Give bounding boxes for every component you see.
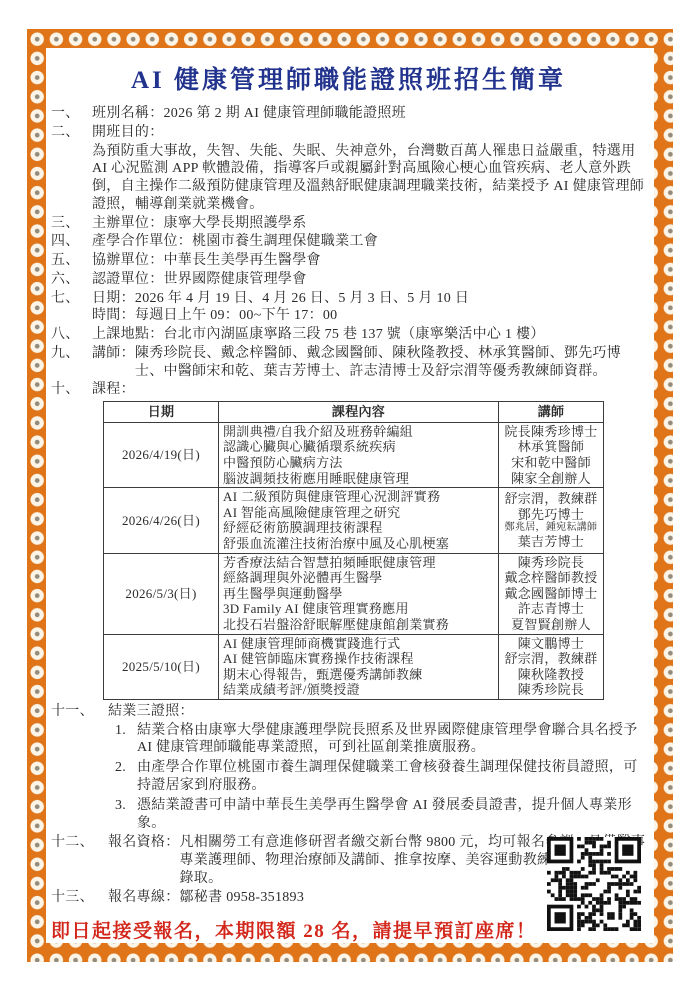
- item-text: 班別名稱：2026 第 2 期 AI 健康管理師職能證照班: [92, 105, 646, 123]
- date-cell: 2026/5/3(日): [104, 553, 219, 634]
- certificate-sub-item-1: 1. 結業合格由康寧大學健康護理學院長照系及世界國際健康管理學會聯合具名授予 A…: [115, 722, 646, 758]
- table-header-row: 日期 課程內容 講師: [104, 402, 604, 423]
- item-number: 十、: [51, 381, 92, 399]
- course-line: 再生醫學與運動醫學: [223, 586, 494, 602]
- sub-item-text: 結業合格由康寧大學健康護理學院長照系及世界國際健康管理學會聯合具名授予 AI 健…: [137, 722, 646, 758]
- item-heading: 開班目的：: [92, 124, 646, 142]
- course-line: 紓經砭術筋膜調理技術課程: [223, 520, 494, 536]
- item-purpose-body: 為預防重大事故，失智、失能、失眠、失神意外，台灣數百萬人罹患日益嚴重，特選用 A…: [92, 143, 646, 214]
- course-line: 北投石岩盤浴舒眠解壓健康館創業實務: [223, 617, 494, 633]
- brochure-page: AI 健康管理師職能證照班招生簡章 一、 班別名稱：2026 第 2 期 AI …: [0, 0, 700, 989]
- date-cell: 2026/4/19(日): [104, 422, 219, 487]
- course-line: AI 健管師臨床實務操作技術課程: [223, 651, 494, 667]
- item-text: 認證單位：世界國際健康管理學會: [92, 271, 646, 289]
- table-row: 2026/5/3(日)芳香療法結合智慧拍頻睡眠健康管理經絡調理與外泌體再生醫學再…: [104, 553, 604, 634]
- teacher-line: 夏智賢創辦人: [503, 617, 599, 633]
- course-table-body: 2026/4/19(日)開訓典禮/自我介紹及班務幹編組認識心臟與心臟循環系統疾病…: [104, 422, 604, 699]
- lecturers-label: 講師：: [92, 345, 135, 381]
- date-line: 日期：2026 年 4 月 19 日、4 月 26 日、5 月 3 日、5 月 …: [92, 290, 646, 308]
- item-location: 八、 上課地點：台北市內湖區康寧路三段 75 巷 137 號（康寧樂活中心 1 …: [51, 326, 646, 344]
- item-number: 三、: [51, 215, 92, 233]
- item-number: 四、: [51, 233, 92, 251]
- registration-qr-code: [547, 837, 641, 931]
- teacher-cell: 院長陳秀珍博士林承箕醫師宋和乾中醫師陳家全創辦人: [499, 422, 604, 487]
- course-line: 腦波調頻技術應用睡眠健康管理: [223, 471, 494, 487]
- item-co-organizer: 五、 協辦單位：中華長生美學再生醫學會: [51, 252, 646, 270]
- course-line: 結業成績考評/頒獎授證: [223, 682, 494, 698]
- certificate-sub-item-3: 3. 憑結業證書可申請中華長生美學再生醫學會 AI 發展委員證書，提升個人專業形…: [115, 797, 646, 833]
- course-line: 3D Family AI 健康管理實務應用: [223, 601, 494, 617]
- table-row: 2026/4/26(日)AI 二級預防與健康管理心況測評實務AI 智能高風險健康…: [104, 488, 604, 553]
- item-number: 一、: [51, 105, 92, 123]
- sub-item-number: 2.: [115, 759, 137, 795]
- teacher-line: 陳秀珍院長: [503, 682, 599, 698]
- course-line: 芳香療法結合智慧拍頻睡眠健康管理: [223, 555, 494, 571]
- teacher-line: 陳秋隆教授: [503, 667, 599, 683]
- item-number: 十二、: [51, 834, 108, 887]
- teacher-line: 院長陳秀珍博士: [503, 424, 599, 440]
- course-line: 中醫預防心臟病方法: [223, 455, 494, 471]
- course-content-cell: 芳香療法結合智慧拍頻睡眠健康管理經絡調理與外泌體再生醫學再生醫學與運動醫學3D …: [219, 553, 499, 634]
- header-course-content: 課程內容: [219, 402, 499, 423]
- item-text: 上課地點：台北市內湖區康寧路三段 75 巷 137 號（康寧樂活中心 1 樓）: [92, 326, 646, 344]
- sub-item-number: 3.: [115, 797, 137, 833]
- eligibility-label: 報名資格：: [108, 834, 180, 887]
- course-line: AI 二級預防與健康管理心況測評實務: [223, 489, 494, 505]
- item-text: 產學合作單位：桃園市養生調理保健職業工會: [92, 233, 646, 251]
- course-content-cell: 開訓典禮/自我介紹及班務幹編組認識心臟與心臟循環系統疾病中醫預防心臟病方法腦波調…: [219, 422, 499, 487]
- teacher-line: 戴念梓醫師教授: [503, 570, 599, 586]
- sub-item-text: 由產學合作單位桃園市養生調理保健職業工會核發養生調理保健技術員證照，可持證居家到…: [137, 759, 646, 795]
- sub-item-text: 憑結業證書可申請中華長生美學再生醫學會 AI 發展委員證書，提升個人專業形象。: [137, 797, 646, 833]
- item-organizer: 三、 主辦單位：康寧大學長期照護學系: [51, 215, 646, 233]
- teacher-cell: 舒宗渭，教練群鄧先巧博士鄭兆居，鍾宛耘講師葉吉芳博士: [499, 488, 604, 553]
- time-line: 時間：每週日上午 09：00~下午 17：00: [92, 307, 646, 325]
- teacher-line: 許志青博士: [503, 601, 599, 617]
- teacher-line: 鄭兆居，鍾宛耘講師: [503, 522, 599, 534]
- lecturers-text: 陳秀珍院長、戴念梓醫師、戴念國醫師、陳秋隆教授、林承箕醫師、鄧先巧博士、中醫師宋…: [135, 345, 646, 381]
- item-curriculum: 十、 課程：: [51, 381, 646, 399]
- teacher-line: 宋和乾中醫師: [503, 455, 599, 471]
- course-line: 開訓典禮/自我介紹及班務幹編組: [223, 424, 494, 440]
- course-line: 認識心臟與心臟循環系統疾病: [223, 439, 494, 455]
- item-certificates-heading: 十一、 結業三證照：: [51, 703, 646, 721]
- teacher-line: 林承箕醫師: [503, 439, 599, 455]
- item-text: 協辦單位：中華長生美學再生醫學會: [92, 252, 646, 270]
- teacher-cell: 陳秀珍院長戴念梓醫師教授戴念國醫師博士許志青博士夏智賢創辦人: [499, 553, 604, 634]
- item-text: 主辦單位：康寧大學長期照護學系: [92, 215, 646, 233]
- flower-border: AI 健康管理師職能證照班招生簡章 一、 班別名稱：2026 第 2 期 AI …: [27, 29, 673, 962]
- course-line: AI 健康管理師商機實踐進行式: [223, 636, 494, 652]
- page-title: AI 健康管理師職能證照班招生簡章: [51, 60, 646, 96]
- course-line: 期末心得報告，甄選優秀講師教練: [223, 667, 494, 683]
- date-cell: 2026/4/26(日): [104, 488, 219, 553]
- teacher-line: 舒宗渭，教練群: [503, 491, 599, 507]
- teacher-line: 鄧先巧博士: [503, 507, 599, 523]
- qr-code-graphic: [547, 837, 641, 931]
- table-row: 2025/5/10(日)AI 健康管理師商機實踐進行式AI 健管師臨床實務操作技…: [104, 634, 604, 699]
- item-number: 六、: [51, 271, 92, 289]
- item-number: 十一、: [51, 703, 108, 721]
- course-line: AI 智能高風險健康管理之研究: [223, 505, 494, 521]
- course-content-cell: AI 健康管理師商機實踐進行式AI 健管師臨床實務操作技術課程期末心得報告，甄選…: [219, 634, 499, 699]
- header-teacher: 講師: [499, 402, 604, 423]
- table-row: 2026/4/19(日)開訓典禮/自我介紹及班務幹編組認識心臟與心臟循環系統疾病…: [104, 422, 604, 487]
- item-dates: 七、 日期：2026 年 4 月 19 日、4 月 26 日、5 月 3 日、5…: [51, 290, 646, 326]
- item-number: 五、: [51, 252, 92, 270]
- teacher-line: 陳文鵬博士: [503, 636, 599, 652]
- item-lecturers: 九、 講師： 陳秀珍院長、戴念梓醫師、戴念國醫師、陳秋隆教授、林承箕醫師、鄧先巧…: [51, 345, 646, 381]
- item-heading: 結業三證照：: [108, 703, 646, 721]
- course-line: 舒張血流灌注技術治療中風及心肌梗塞: [223, 536, 494, 552]
- item-purpose-heading: 二、 開班目的：: [51, 124, 646, 142]
- item-number: 十三、: [51, 889, 108, 907]
- teacher-line: 舒宗渭，教練群: [503, 651, 599, 667]
- item-class-name: 一、 班別名稱：2026 第 2 期 AI 健康管理師職能證照班: [51, 105, 646, 123]
- item-number: 八、: [51, 326, 92, 344]
- sub-item-number: 1.: [115, 722, 137, 758]
- course-table: 日期 課程內容 講師 2026/4/19(日)開訓典禮/自我介紹及班務幹編組認識…: [103, 401, 604, 700]
- teacher-cell: 陳文鵬博士舒宗渭，教練群陳秋隆教授陳秀珍院長: [499, 634, 604, 699]
- item-number: 九、: [51, 345, 92, 381]
- course-line: 經絡調理與外泌體再生醫學: [223, 570, 494, 586]
- certificate-sub-item-2: 2. 由產學合作單位桃園市養生調理保健職業工會核發養生調理保健技術員證照，可持證…: [115, 759, 646, 795]
- teacher-line: 葉吉芳博士: [503, 534, 599, 550]
- teacher-line: 戴念國醫師博士: [503, 586, 599, 602]
- item-industry-partner: 四、 產學合作單位：桃園市養生調理保健職業工會: [51, 233, 646, 251]
- item-certifier: 六、 認證單位：世界國際健康管理學會: [51, 271, 646, 289]
- teacher-line: 陳秀珍院長: [503, 555, 599, 571]
- item-text: 課程：: [92, 381, 646, 399]
- document-body: AI 健康管理師職能證照班招生簡章 一、 班別名稱：2026 第 2 期 AI …: [46, 48, 654, 943]
- header-date: 日期: [104, 402, 219, 423]
- date-cell: 2025/5/10(日): [104, 634, 219, 699]
- item-number: 二、: [51, 124, 92, 142]
- course-content-cell: AI 二級預防與健康管理心況測評實務AI 智能高風險健康管理之研究紓經砭術筋膜調…: [219, 488, 499, 553]
- numbered-items: 一、 班別名稱：2026 第 2 期 AI 健康管理師職能證照班 二、 開班目的…: [51, 105, 646, 906]
- teacher-line: 陳家全創辦人: [503, 471, 599, 487]
- item-number: 七、: [51, 290, 92, 326]
